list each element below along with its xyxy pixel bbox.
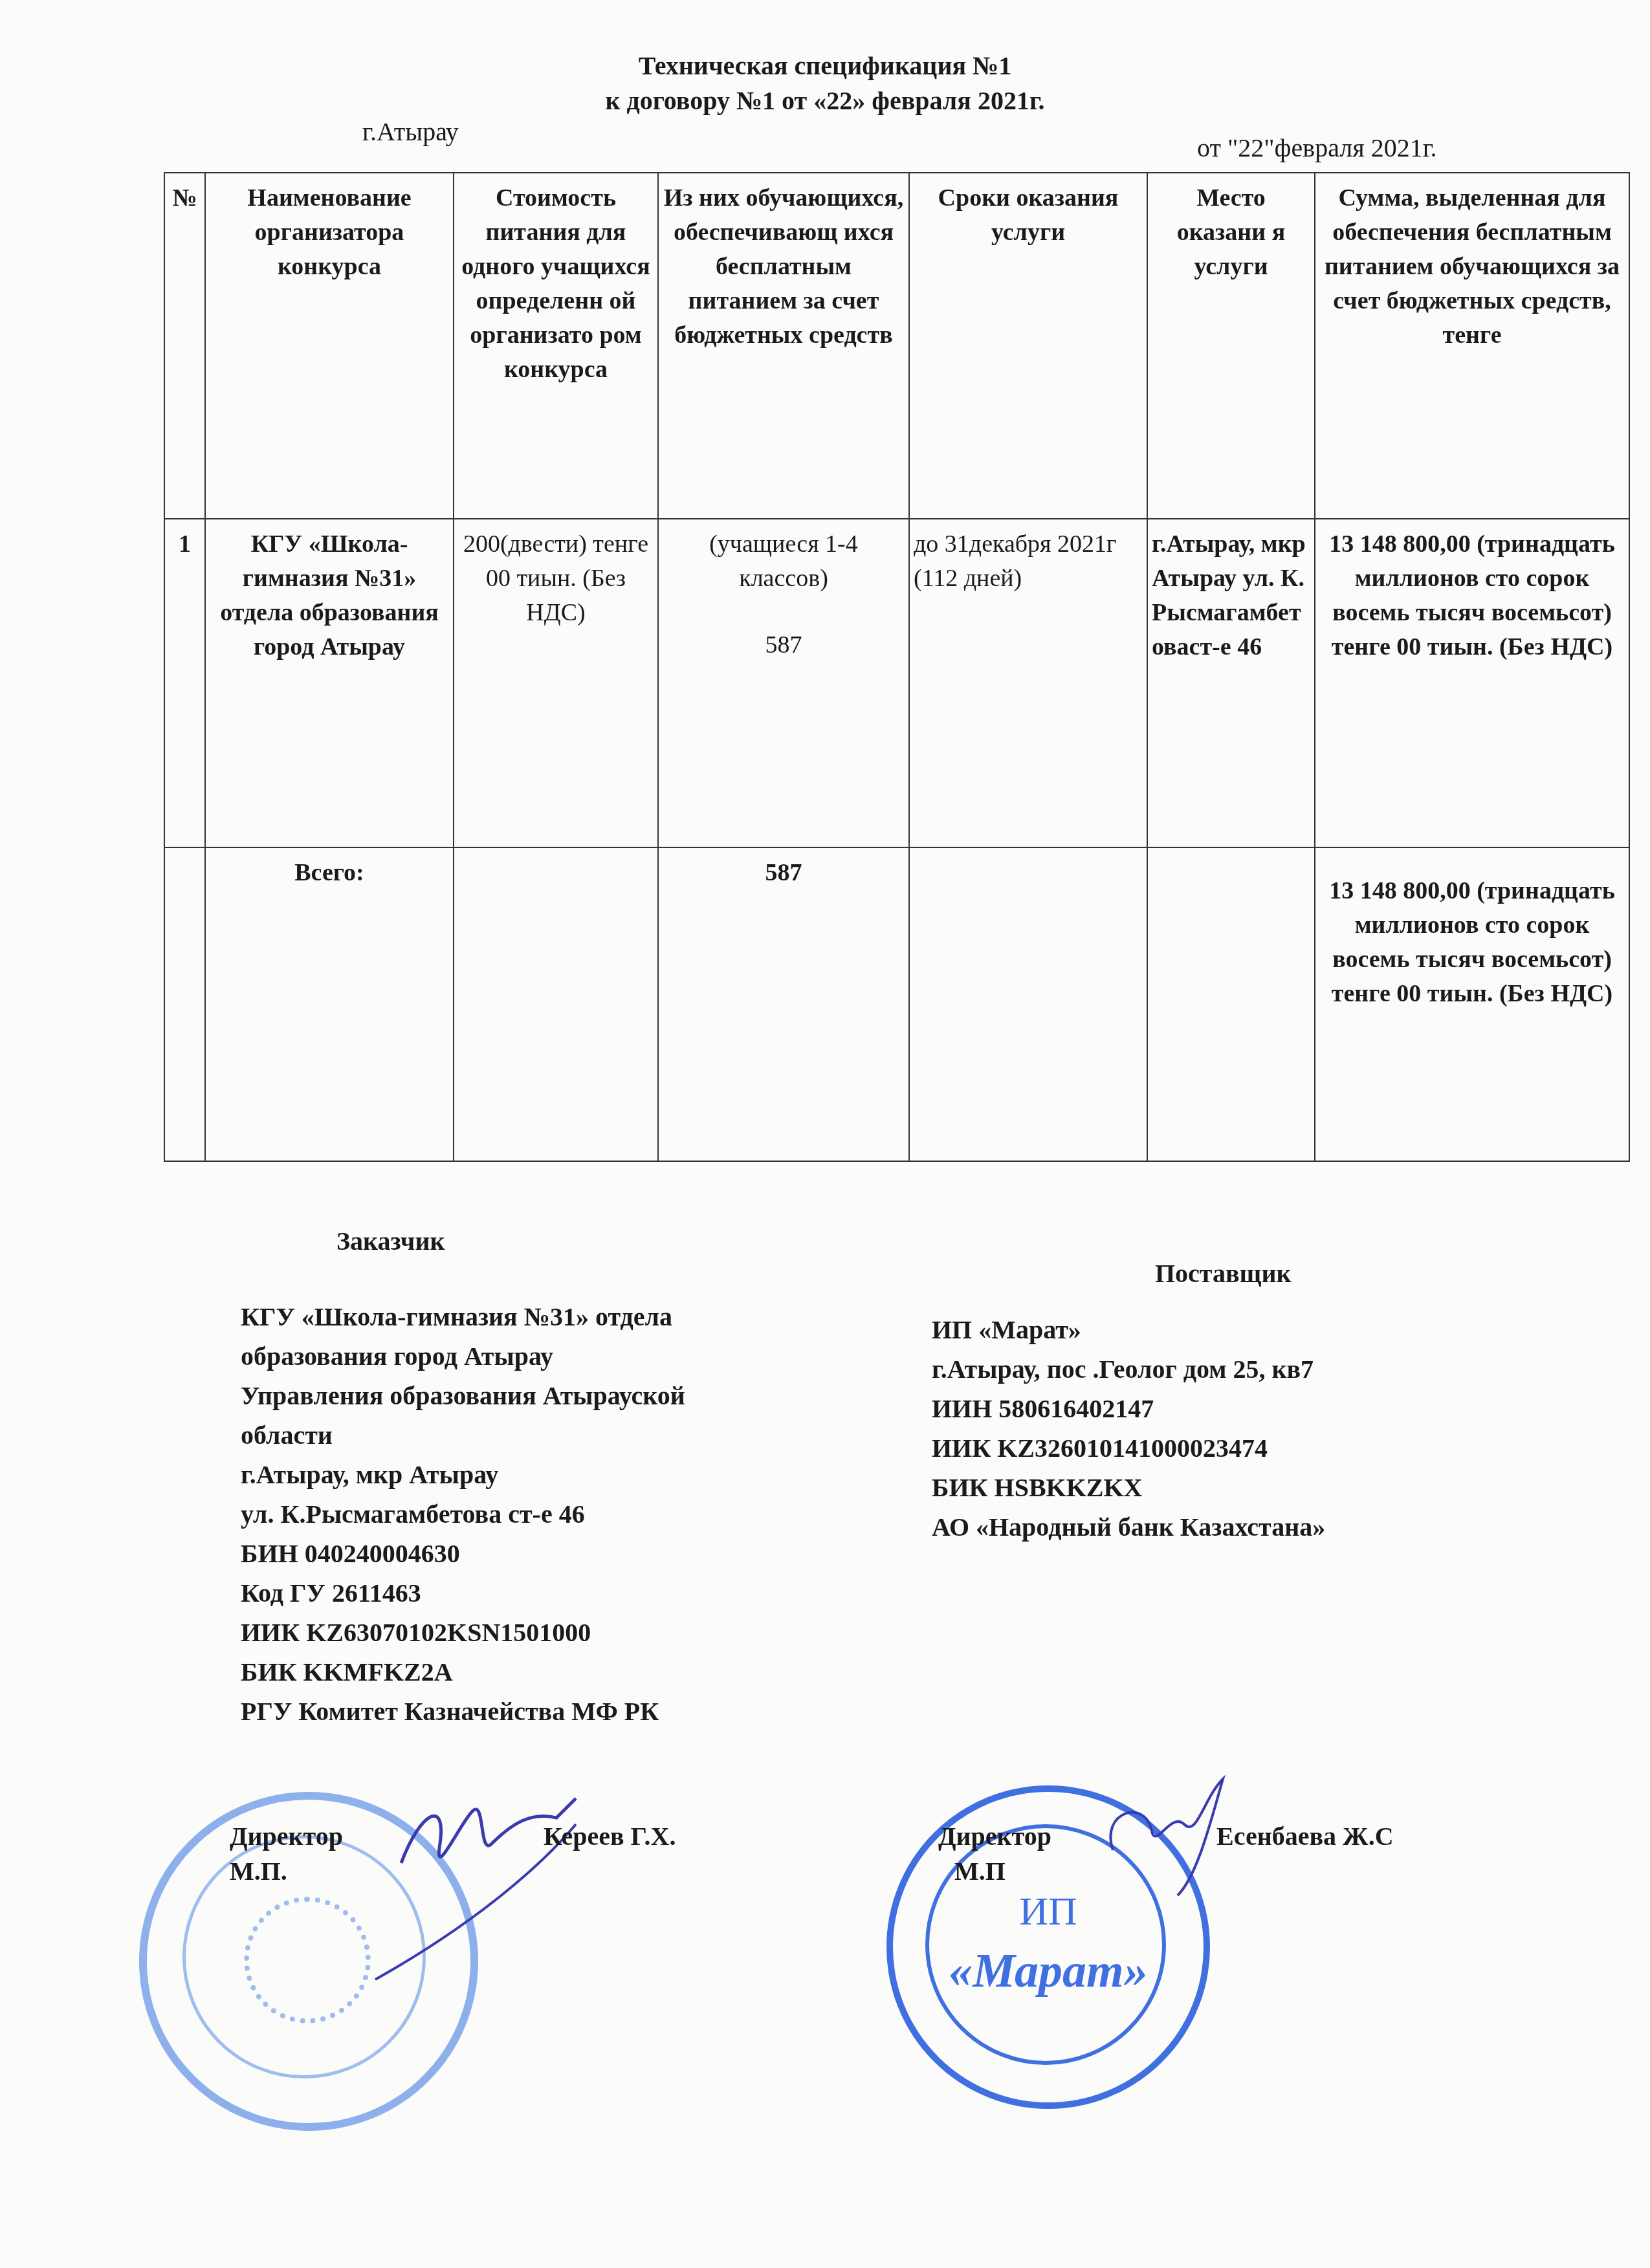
customer-line: образования город Атырау [241, 1336, 685, 1376]
table-row: 1 КГУ «Школа-гимназия №31» отдела образо… [164, 519, 1629, 847]
emblem-icon [244, 1897, 371, 2023]
supplier-line: АО «Народный банк Казахстана» [932, 1507, 1325, 1547]
supplier-details: ИП «Марат» г.Атырау, пос .Геолог дом 25,… [932, 1310, 1325, 1547]
table-total-row: Всего: 587 13 148 800,00 (тринадцать мил… [164, 847, 1629, 1161]
supplier-line: ИИН 580616402147 [932, 1389, 1325, 1428]
col-header-place: Место оказани я услуги [1147, 173, 1315, 519]
students-note: (учащиеся 1-4 классов) [663, 527, 905, 596]
customer-signer-name: Кереев Г.Х. [544, 1819, 676, 1854]
cell-total-place [1147, 847, 1315, 1161]
supplier-signer-role: Директор [938, 1819, 1051, 1854]
document-date: от "22"февраля 2021г. [1197, 133, 1437, 163]
customer-line: БИН 040240004630 [241, 1534, 685, 1573]
supplier-title: Поставщик [1155, 1258, 1291, 1289]
supplier-signer: Директор М.П [938, 1819, 1051, 1889]
customer-details: КГУ «Школа-гимназия №31» отдела образова… [241, 1297, 685, 1731]
customer-line: Код ГУ 2611463 [241, 1573, 685, 1613]
supplier-line: г.Атырау, пос .Геолог дом 25, кв7 [932, 1349, 1325, 1389]
cell-place: г.Атырау, мкр Атырау ул. К.Рысмагамбетов… [1147, 519, 1315, 847]
supplier-line: ИП «Марат» [932, 1310, 1325, 1349]
document-title: Техническая спецификация №1 [0, 50, 1650, 81]
col-header-organizer: Наименование организатора конкурса [205, 173, 454, 519]
col-header-cost: Стоимость питания для одного учащихся оп… [454, 173, 658, 519]
col-header-number: № [164, 173, 205, 519]
contract-reference: к договору №1 от «22» февраля 2021г. [0, 85, 1650, 116]
cell-cost: 200(двести) тенге 00 тиын. (Без НДС) [454, 519, 658, 847]
cell-sum: 13 148 800,00 (тринадцать миллионов сто … [1315, 519, 1629, 847]
customer-line: г.Атырау, мкр Атырау [241, 1455, 685, 1494]
customer-title: Заказчик [336, 1226, 445, 1256]
specification-table: № Наименование организатора конкурса Сто… [164, 172, 1630, 1162]
cell-students: (учащиеся 1-4 классов) 587 [658, 519, 909, 847]
col-header-terms: Сроки оказания услуги [909, 173, 1147, 519]
table-header-row: № Наименование организатора конкурса Сто… [164, 173, 1629, 519]
cell-organizer: КГУ «Школа-гимназия №31» отдела образова… [205, 519, 454, 847]
customer-line: Управления образования Атырауской [241, 1376, 685, 1415]
customer-signature-icon [362, 1772, 699, 1986]
supplier-seal-label: М.П [938, 1854, 1051, 1889]
customer-line: БИК KKMFKZ2A [241, 1652, 685, 1692]
customer-line: ИИК KZ63070102KSN1501000 [241, 1613, 685, 1652]
cell-total-terms [909, 847, 1147, 1161]
cell-terms: до 31декабря 2021г (112 дней) [909, 519, 1147, 847]
city-label: г.Атырау [362, 116, 459, 147]
students-count: 587 [663, 628, 905, 662]
customer-signer-role: Директор [230, 1819, 343, 1854]
cell-total-number [164, 847, 205, 1161]
supplier-signer-name: Есенбаева Ж.С [1216, 1819, 1394, 1854]
cell-number: 1 [164, 519, 205, 847]
supplier-line: БИК HSBKKZKX [932, 1468, 1325, 1507]
customer-line: КГУ «Школа-гимназия №31» отдела [241, 1297, 685, 1336]
col-header-students: Из них обучающихся, обеспечивающ ихся бе… [658, 173, 909, 519]
customer-signer: Директор М.П. [230, 1819, 343, 1889]
cell-total-sum: 13 148 800,00 (тринадцать миллионов сто … [1315, 847, 1629, 1161]
supplier-line: ИИК KZ326010141000023474 [932, 1428, 1325, 1468]
cell-total-cost [454, 847, 658, 1161]
cell-total-label: Всего: [205, 847, 454, 1161]
customer-line: РГУ Комитет Казначейства МФ РК [241, 1692, 685, 1731]
customer-line: ул. К.Рысмагамбетова ст-е 46 [241, 1494, 685, 1534]
customer-line: области [241, 1415, 685, 1455]
col-header-sum: Сумма, выделенная для обеспечения беспла… [1315, 173, 1629, 519]
customer-seal-label: М.П. [230, 1854, 343, 1889]
cell-total-students: 587 [658, 847, 909, 1161]
stamp-label-main: «Марат» [893, 1944, 1204, 1999]
